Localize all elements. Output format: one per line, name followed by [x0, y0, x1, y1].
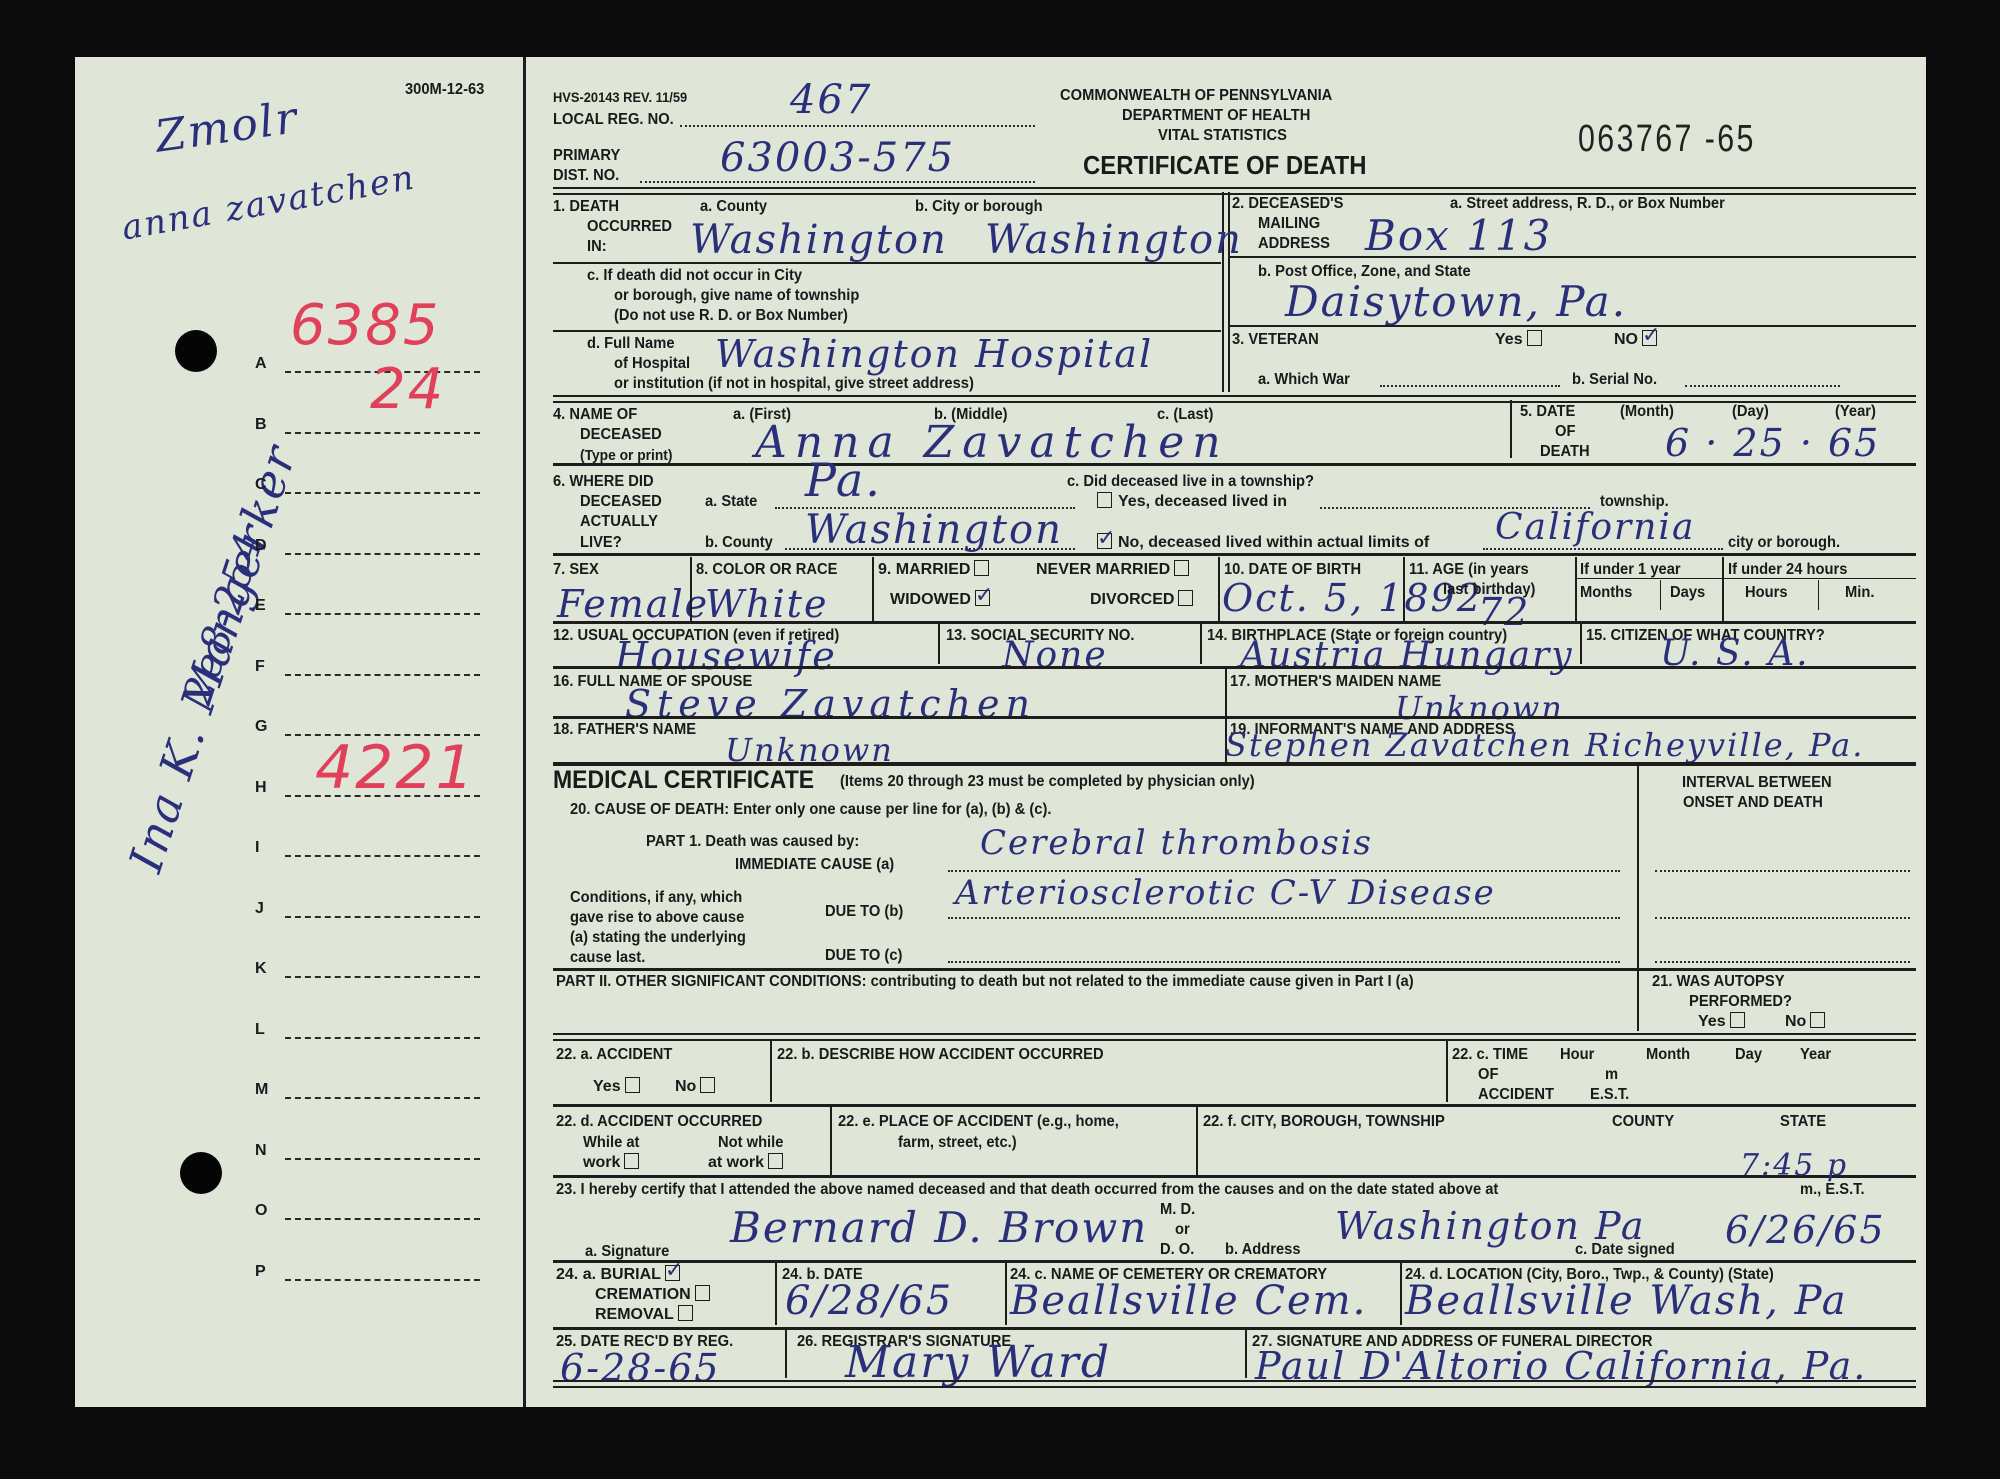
father-name-label: 18. FATHER'S NAME — [553, 720, 696, 740]
physician-address-value: Washington Pa — [1335, 1208, 1646, 1244]
item5-label: DEATH — [1540, 442, 1590, 462]
row-divider — [553, 262, 1221, 264]
accident-yes-label: Yes — [593, 1078, 621, 1095]
stub-line-e — [285, 613, 480, 615]
primary-dist-value: 63003-575 — [720, 140, 955, 176]
accident-yes-option[interactable]: Yes — [593, 1077, 640, 1097]
cell-divider — [1446, 1040, 1448, 1102]
cell-divider — [938, 624, 940, 664]
married-checkbox[interactable] — [974, 560, 989, 576]
stub-letter-k: K — [255, 960, 267, 978]
residence-city-value: California — [1495, 510, 1695, 546]
due-to-b-label: DUE TO (b) — [825, 902, 903, 922]
row-divider — [1230, 325, 1916, 327]
cell-divider — [785, 1330, 787, 1378]
stub-line-j — [285, 916, 480, 918]
cell-divider — [1218, 557, 1220, 621]
hospital-label: or institution (if not in hospital, give… — [614, 374, 974, 394]
accident-est-label: E.S.T. — [1590, 1085, 1629, 1105]
township-yes-option[interactable]: Yes, deceased lived in — [1097, 492, 1287, 512]
row-divider — [553, 716, 1916, 719]
veteran-no-label: NO — [1614, 331, 1638, 348]
stub-line-l — [285, 1037, 480, 1039]
stub-letter-p: P — [255, 1263, 266, 1281]
item6-label: 6. WHERE DID — [553, 472, 654, 492]
conditions-label: gave rise to above cause — [570, 908, 744, 928]
date-of-death-value: 6 · 25 · 65 — [1665, 425, 1880, 461]
certificate-title: CERTIFICATE OF DEATH — [1083, 150, 1366, 180]
item4-label: 4. NAME OF — [553, 405, 637, 425]
veteran-label: 3. VETERAN — [1232, 330, 1319, 350]
item2-label: 2. DECEASED'S — [1232, 194, 1343, 214]
residence-state-value: Pa. — [805, 462, 882, 498]
item5-label: OF — [1555, 422, 1575, 442]
agency-line-2: DEPARTMENT OF HEALTH — [1122, 106, 1310, 126]
cell-divider — [1196, 1107, 1198, 1175]
married-option[interactable]: 9. MARRIED — [878, 560, 989, 580]
burial-option[interactable]: 24. a. BURIAL — [556, 1265, 680, 1285]
accident-day-label: Day — [1735, 1045, 1762, 1065]
stub-value-b: 24 — [370, 372, 445, 408]
immediate-cause-label: IMMEDIATE CAUSE (a) — [735, 855, 894, 875]
accident-hour-label: Hour — [1560, 1045, 1594, 1065]
removal-option[interactable]: REMOVAL — [595, 1305, 693, 1325]
burial-label: 24. a. BURIAL — [556, 1266, 661, 1283]
due-to-c-line — [948, 961, 1620, 963]
residence-state-label: a. State — [705, 492, 757, 512]
accident-year-label: Year — [1800, 1045, 1831, 1065]
row-divider — [553, 463, 1916, 466]
cell-divider — [690, 557, 692, 621]
item5-label: 5. DATE — [1520, 402, 1575, 422]
accident-time-label: ACCIDENT — [1478, 1085, 1554, 1105]
primary-label: PRIMARY — [553, 146, 620, 166]
age-value: 72 — [1478, 594, 1530, 630]
which-war-line — [1380, 385, 1560, 387]
residence-county-value: Washington — [805, 512, 1063, 548]
days-label: Days — [1670, 583, 1705, 603]
or-label: or — [1175, 1220, 1190, 1240]
local-reg-value: 467 — [790, 82, 872, 118]
township-yes-checkbox[interactable] — [1097, 492, 1112, 508]
row-divider — [1230, 256, 1916, 258]
row-divider — [553, 395, 1916, 403]
interval-line-b — [1655, 917, 1910, 919]
stub-letter-d: D — [255, 537, 267, 555]
township-question: c. Did deceased live in a township? — [1067, 472, 1314, 492]
accident-state-label: STATE — [1780, 1112, 1826, 1132]
township-label: (Do not use R. D. or Box Number) — [614, 306, 848, 326]
death-city-value: Washington — [985, 222, 1243, 258]
agency-line-1: COMMONWEALTH OF PENNSYLVANIA — [1060, 86, 1332, 106]
burial-location-value: Beallsville Wash, Pa — [1405, 1283, 1848, 1319]
widowed-checkbox[interactable] — [975, 590, 990, 606]
city-suffix: city or borough. — [1728, 533, 1840, 553]
min-label: Min. — [1845, 583, 1874, 603]
accident-time-label: 22. c. TIME — [1452, 1045, 1528, 1065]
item4-label: DECEASED — [580, 425, 662, 445]
interval-line-a — [1655, 870, 1910, 872]
township-label: c. If death did not occur in City — [587, 266, 802, 286]
cell-divider — [1818, 580, 1819, 610]
item2-label: MAILING — [1258, 214, 1320, 234]
cell-divider — [775, 1262, 777, 1325]
removal-checkbox[interactable] — [678, 1305, 693, 1321]
removal-label: REMOVAL — [595, 1306, 674, 1323]
autopsy-yes-checkbox[interactable] — [1730, 1012, 1745, 1028]
physician-signature-value: Bernard D. Brown — [730, 1210, 1148, 1246]
race-value: White — [705, 586, 828, 622]
stub-letter-j: J — [255, 900, 264, 918]
stub-line-p — [285, 1279, 480, 1281]
row-divider — [553, 968, 1916, 971]
accident-place-label: farm, street, etc.) — [898, 1133, 1017, 1153]
accident-month-label: Month — [1646, 1045, 1690, 1065]
informant-value: Stephen Zavatchen Richeyville, Pa. — [1225, 727, 1864, 763]
county-label: a. County — [700, 197, 767, 217]
year-label: (Year) — [1835, 402, 1876, 422]
stub-line-o — [285, 1218, 480, 1220]
due-to-b-value: Arteriosclerotic C-V Disease — [955, 875, 1496, 911]
item2-label: ADDRESS — [1258, 234, 1330, 254]
item6-label: DECEASED — [580, 492, 662, 512]
item6-label: ACTUALLY — [580, 512, 658, 532]
stub-line-f — [285, 674, 480, 676]
never-married-checkbox[interactable] — [1174, 560, 1189, 576]
row-divider — [553, 1175, 1916, 1178]
while-at-work-label: work — [583, 1154, 620, 1171]
interval-label: ONSET AND DEATH — [1683, 793, 1823, 813]
cell-divider — [1510, 400, 1512, 458]
veteran-yes-checkbox[interactable] — [1527, 330, 1542, 346]
interval-divider — [1637, 766, 1639, 1031]
township-label: or borough, give name of township — [614, 286, 859, 306]
cremation-option[interactable]: CREMATION — [595, 1285, 710, 1305]
date-signed-label: c. Date signed — [1575, 1240, 1675, 1260]
physician-address-label: b. Address — [1225, 1240, 1301, 1260]
due-to-b-line — [948, 917, 1620, 919]
veteran-no-checkbox[interactable] — [1642, 330, 1657, 346]
accident-no-checkbox[interactable] — [700, 1077, 715, 1093]
row-divider — [553, 1033, 1916, 1041]
due-to-c-label: DUE TO (c) — [825, 946, 902, 966]
conditions-label: Conditions, if any, which — [570, 888, 742, 908]
cell-divider — [1400, 1262, 1402, 1325]
divorced-label: DIVORCED — [1090, 591, 1174, 608]
accident-no-option[interactable]: No — [675, 1077, 715, 1097]
autopsy-label: 21. WAS AUTOPSY — [1652, 972, 1785, 992]
sex-value: Female — [557, 586, 709, 622]
stub-letter-c: C — [255, 476, 267, 494]
local-reg-label: LOCAL REG. NO. — [553, 110, 674, 130]
interval-label: INTERVAL BETWEEN — [1682, 773, 1832, 793]
cell-divider — [1403, 557, 1405, 621]
autopsy-no-checkbox[interactable] — [1810, 1012, 1825, 1028]
autopsy-no-label: No — [1785, 1013, 1806, 1030]
hospital-label: of Hospital — [614, 354, 690, 374]
hospital-value: Washington Hospital — [715, 336, 1153, 372]
stub-line-i — [285, 855, 480, 857]
immediate-cause-value: Cerebral thrombosis — [980, 825, 1373, 861]
local-reg-line — [680, 125, 1035, 127]
accident-yes-checkbox[interactable] — [625, 1077, 640, 1093]
cemetery-value: Beallsville Cem. — [1010, 1283, 1367, 1319]
cell-divider — [1245, 1330, 1247, 1378]
cell-divider — [872, 557, 874, 621]
cell-divider — [1200, 624, 1202, 664]
row-divider — [553, 1260, 1916, 1263]
stub-letter-b: B — [255, 416, 267, 434]
accident-city-label: 22. f. CITY, BOROUGH, TOWNSHIP — [1203, 1112, 1445, 1132]
burial-date-value: 6/28/65 — [785, 1283, 953, 1319]
stub-letter-h: H — [255, 779, 267, 797]
medical-certificate-title: MEDICAL CERTIFICATE — [553, 765, 814, 795]
certificate-number: 063767 -65 — [1578, 118, 1756, 161]
while-at-work-option[interactable]: work — [583, 1153, 639, 1173]
stub-letter-f: F — [255, 658, 265, 676]
cremation-checkbox[interactable] — [695, 1285, 710, 1301]
stub-line-b — [285, 432, 480, 434]
stub-letter-n: N — [255, 1142, 267, 1160]
months-label: Months — [1580, 583, 1632, 603]
conditions-label: (a) stating the underlying — [570, 928, 746, 948]
autopsy-yes-label: Yes — [1698, 1013, 1726, 1030]
married-label: 9. MARRIED — [878, 561, 970, 578]
medical-certificate-subtitle: (Items 20 through 23 must be completed b… — [840, 772, 1255, 792]
stub-divider — [523, 57, 526, 1407]
accident-place-label: 22. e. PLACE OF ACCIDENT (e.g., home, — [838, 1112, 1119, 1132]
accident-m-label: m — [1605, 1065, 1618, 1085]
day-label: (Day) — [1732, 402, 1769, 422]
accident-county-label: COUNTY — [1612, 1112, 1674, 1132]
autopsy-yes-option[interactable]: Yes — [1698, 1012, 1745, 1032]
city-limits-label: No, deceased lived within actual limits … — [1118, 534, 1429, 551]
dist-no-label: DIST. NO. — [553, 166, 619, 186]
post-office-value: Daisytown, Pa. — [1285, 284, 1627, 320]
stub-line-n — [285, 1158, 480, 1160]
registrar-signature-value: Mary Ward — [845, 1345, 1111, 1381]
cremation-label: CREMATION — [595, 1286, 691, 1303]
funeral-director-value: Paul D'Altorio California, Pa. — [1255, 1348, 1867, 1384]
age-label: 11. AGE (in years — [1409, 560, 1529, 580]
not-while-at-work-option[interactable]: at work — [708, 1153, 783, 1173]
under-1-year-label: If under 1 year — [1580, 560, 1681, 580]
city-label: b. City or borough — [915, 197, 1043, 217]
date-signed-value: 6/26/65 — [1725, 1212, 1886, 1248]
never-married-label: NEVER MARRIED — [1036, 561, 1170, 578]
not-while-at-work-label: Not while — [718, 1133, 783, 1153]
item6-label: LIVE? — [580, 533, 622, 553]
signature-label: a. Signature — [585, 1242, 669, 1262]
dist-no-line — [640, 181, 1035, 183]
cell-divider — [1580, 624, 1582, 664]
certification-statement: 23. I hereby certify that I attended the… — [556, 1180, 1498, 1200]
not-while-at-work-checkbox[interactable] — [768, 1153, 783, 1169]
cell-divider — [1660, 580, 1661, 610]
cell-divider — [830, 1107, 832, 1175]
sex-label: 7. SEX — [553, 560, 599, 580]
cell-divider — [1225, 668, 1227, 716]
autopsy-no-option[interactable]: No — [1785, 1012, 1825, 1032]
while-at-work-checkbox[interactable] — [624, 1153, 639, 1169]
accident-no-label: No — [675, 1078, 696, 1095]
under-24-hours-label: If under 24 hours — [1728, 560, 1847, 580]
never-married-option[interactable]: NEVER MARRIED — [1036, 560, 1189, 580]
veteran-yes-label: Yes — [1495, 331, 1523, 348]
divorced-checkbox[interactable] — [1178, 590, 1193, 606]
cell-divider — [1722, 557, 1724, 621]
while-at-work-label: While at — [583, 1133, 639, 1153]
interval-line-c — [1655, 961, 1910, 963]
mailing-street-value: Box 113 — [1365, 218, 1552, 254]
stub-letter-o: O — [255, 1202, 267, 1220]
stub-letter-a: A — [255, 355, 267, 373]
accident-label: 22. a. ACCIDENT — [556, 1045, 672, 1065]
item1-label: OCCURRED — [587, 217, 672, 237]
item1-label: 1. DEATH — [553, 197, 619, 217]
race-label: 8. COLOR OR RACE — [696, 560, 837, 580]
row-divider — [553, 1104, 1916, 1107]
conditions-label: cause last. — [570, 948, 645, 968]
punch-hole — [175, 330, 217, 372]
stub-line-m — [285, 1097, 480, 1099]
row-divider — [553, 666, 1916, 669]
stub-form-code: 300M-12-63 — [405, 80, 484, 100]
row-divider — [553, 621, 1916, 624]
time-suffix: m., E.S.T. — [1800, 1180, 1865, 1200]
city-limits-line — [1483, 548, 1723, 550]
row-divider — [553, 553, 1916, 556]
stub-letter-i: I — [255, 839, 259, 857]
hours-label: Hours — [1745, 583, 1788, 603]
cell-divider — [770, 1040, 772, 1102]
not-while-at-work-label: at work — [708, 1154, 764, 1171]
stub-line-d — [285, 553, 480, 555]
month-label: (Month) — [1620, 402, 1674, 422]
veteran-yes-option[interactable]: Yes — [1495, 330, 1542, 350]
stub-value-h: 4221 — [315, 750, 476, 786]
cell-divider — [1005, 1262, 1007, 1325]
serial-label: b. Serial No. — [1572, 370, 1657, 390]
stub-letter-e: E — [255, 597, 266, 615]
stub-letter-l: L — [255, 1021, 265, 1039]
accident-occurred-label: 22. d. ACCIDENT OCCURRED — [556, 1112, 762, 1132]
which-war-label: a. Which War — [1258, 370, 1350, 390]
stub-line-k — [285, 976, 480, 978]
death-county-value: Washington — [690, 222, 948, 258]
punch-hole — [180, 1152, 222, 1194]
veteran-no-option[interactable]: NO — [1614, 330, 1657, 350]
accident-time-label: OF — [1478, 1065, 1498, 1085]
stub-value-a: 6385 — [290, 308, 441, 344]
row-divider — [553, 1327, 1916, 1330]
item1-label: IN: — [587, 237, 607, 257]
widowed-option[interactable]: WIDOWED — [890, 590, 990, 610]
form-id: HVS-20143 REV. 11/59 — [553, 88, 687, 106]
part1-label: PART 1. Death was caused by: — [646, 832, 859, 852]
cell-divider — [1575, 557, 1577, 621]
divorced-option[interactable]: DIVORCED — [1090, 590, 1193, 610]
md-label: M. D. — [1160, 1200, 1195, 1220]
stub-letter-m: M — [255, 1081, 268, 1099]
autopsy-label: PERFORMED? — [1689, 992, 1792, 1012]
immediate-cause-line — [948, 870, 1620, 872]
burial-checkbox[interactable] — [665, 1265, 680, 1281]
time-of-death-value: 7:45 p — [1740, 1148, 1848, 1184]
city-limits-option[interactable]: No, deceased lived within actual limits … — [1097, 533, 1429, 553]
agency-line-3: VITAL STATISTICS — [1158, 126, 1287, 146]
accident-description-label: 22. b. DESCRIBE HOW ACCIDENT OCCURRED — [777, 1045, 1104, 1065]
township-yes-label: Yes, deceased lived in — [1118, 493, 1287, 510]
widowed-label: WIDOWED — [890, 591, 971, 608]
do-label: D. O. — [1160, 1240, 1194, 1260]
residence-county-label: b. County — [705, 533, 773, 553]
city-limits-checkbox[interactable] — [1097, 533, 1112, 549]
footer-divider — [553, 1380, 1916, 1388]
part2-label: PART II. OTHER SIGNIFICANT CONDITIONS: c… — [556, 972, 1414, 992]
stub-line-c — [285, 492, 480, 494]
stub-letter-g: G — [255, 718, 267, 736]
serial-line — [1685, 385, 1840, 387]
cause-of-death-label: 20. CAUSE OF DEATH: Enter only one cause… — [570, 800, 1051, 820]
hospital-label: d. Full Name — [587, 334, 675, 354]
